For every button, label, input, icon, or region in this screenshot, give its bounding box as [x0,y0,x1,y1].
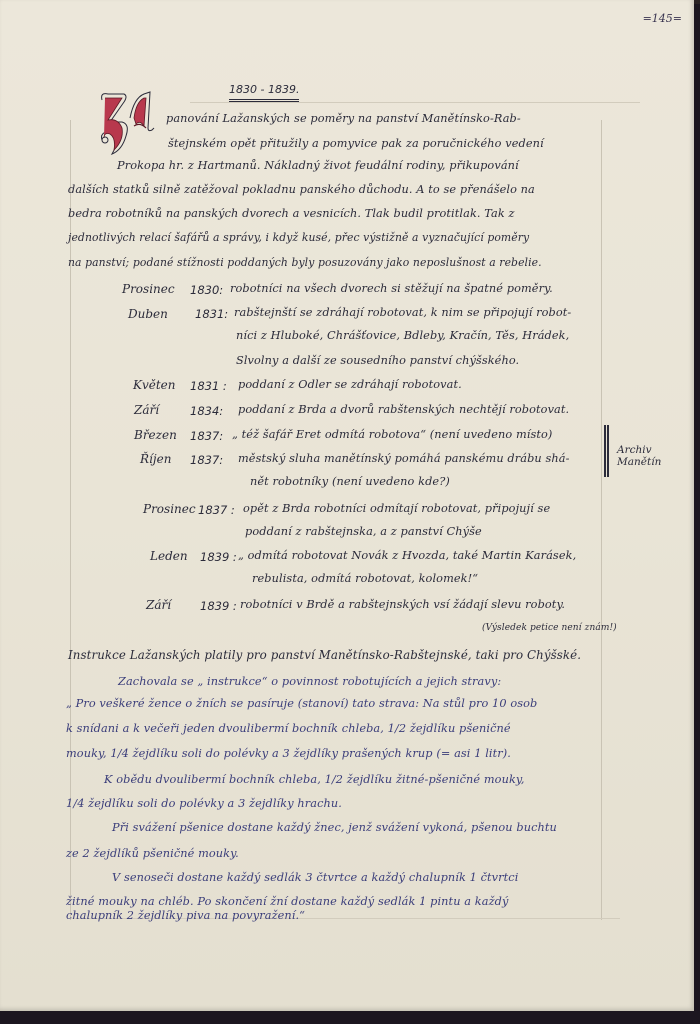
entry-month: Prosinec [143,502,196,516]
entry-month: Květen [133,378,176,392]
instruction-line: ze 2 žejdlíků pšeničné mouky. [66,848,239,859]
section-title: 1830 - 1839. [229,83,299,102]
entry-text: „ též šafář Eret odmítá robotova“ (není … [232,429,552,440]
margin-note-place: Manětín [617,456,661,468]
result-note: (Výsledek petice není znám!) [482,624,617,633]
intro-line: jednotlivých relací šafářů a správy, i k… [68,233,529,244]
instruction-line: Při svážení pšenice dostane každý žnec, … [112,822,557,833]
entry-year: 1830: [190,283,223,297]
intro-line: bedra robotníků na panských dvorech a ve… [68,208,515,219]
entry-text: robotníci na všech dvorech si stěžují na… [230,283,553,294]
intro-line: panování Lažanských se poměry na panství… [166,113,521,124]
entry-year: 1831: [195,307,228,321]
entry-month: Září [134,403,159,417]
margin-bracket [604,425,609,477]
entry-text: níci z Hluboké, Chrášťovice, Bdleby, Kra… [236,330,569,341]
entry-month: Září [146,598,171,612]
entry-text: nět robotníky (není uvedeno kde?) [250,476,450,487]
instruction-line: 1/4 žejdlíku soli do polévky a 3 žejdlík… [66,798,342,809]
instruction-line: mouky, 1/4 žejdlíku soli do polévky a 3 … [66,748,511,759]
entry-text: opět z Brda robotníci odmítají robotovat… [243,503,550,514]
intro-line: dalších statků silně zatěžoval pokladnu … [68,184,535,195]
decorative-initial-icon [96,88,158,158]
intro-line: na panství; podané stížnosti poddaných b… [68,258,542,269]
intro-line: štejnském opět přitužily a pomyvice pak … [168,138,544,149]
manuscript-page: =145= 1830 - 1839. panování Lažanských s… [0,0,694,1011]
entry-text: poddaní z rabštejnska, a z panství Chýše [245,526,482,537]
instruction-line: K obědu dvoulibermí bochník chleba, 1/2 … [104,774,525,785]
entry-month: Prosinec [122,282,175,296]
entry-text: Slvolny a další ze sousedního panství ch… [236,355,519,366]
entry-text: rabštejnští se zdráhají robotovat, k nim… [234,307,571,318]
margin-note-archive: Archiv [617,444,652,456]
entry-year: 1837: [190,453,223,467]
entry-year: 1834: [190,404,223,418]
entry-text: poddaní z Odler se zdráhají robotovat. [238,379,462,390]
entry-text: rebulista, odmítá robotovat, kolomek!“ [252,573,478,584]
instructions-heading: Instrukce Lažanských platily pro panství… [68,650,581,662]
entry-month: Březen [134,428,177,442]
entry-text: robotníci v Brdě a rabštejnských vsí žád… [240,599,565,610]
top-rule [190,102,640,103]
instruction-line: chalupník 2 žejdlíky piva na povyražení.… [66,910,305,921]
entry-year: 1831 : [190,379,227,393]
entry-year: 1837: [190,429,223,443]
entry-text: městský sluha manětínský pomáhá panskému… [238,453,570,464]
instruction-line: k snídani a k večeři jeden dvoulibermí b… [66,723,511,734]
intro-line: Prokopa hr. z Hartmanů. Nákladný život f… [117,160,519,171]
entry-year: 1839 : [200,550,237,564]
instruction-line: žitné mouky na chléb. Po skončení žní do… [66,896,508,907]
instruction-line: V senoseči dostane každý sedlák 3 čtvrtc… [112,872,518,883]
entry-month: Duben [128,307,168,321]
margin-rule-right [601,120,602,920]
entry-text: poddaní z Brda a dvorů rabštenských nech… [238,404,569,415]
instruction-line: „ Pro veškeré žence o žních se pasíruje … [66,698,537,709]
instructions-intro: Zachovala se „ instrukce“ o povinnost ro… [118,676,501,687]
entry-month: Leden [150,549,188,563]
page-number: =145= [643,12,682,25]
entry-text: „ odmítá robotovat Novák z Hvozda, také … [238,550,576,561]
entry-month: Říjen [140,452,171,466]
entry-year: 1839 : [200,599,237,613]
entry-year: 1837 : [198,503,235,517]
